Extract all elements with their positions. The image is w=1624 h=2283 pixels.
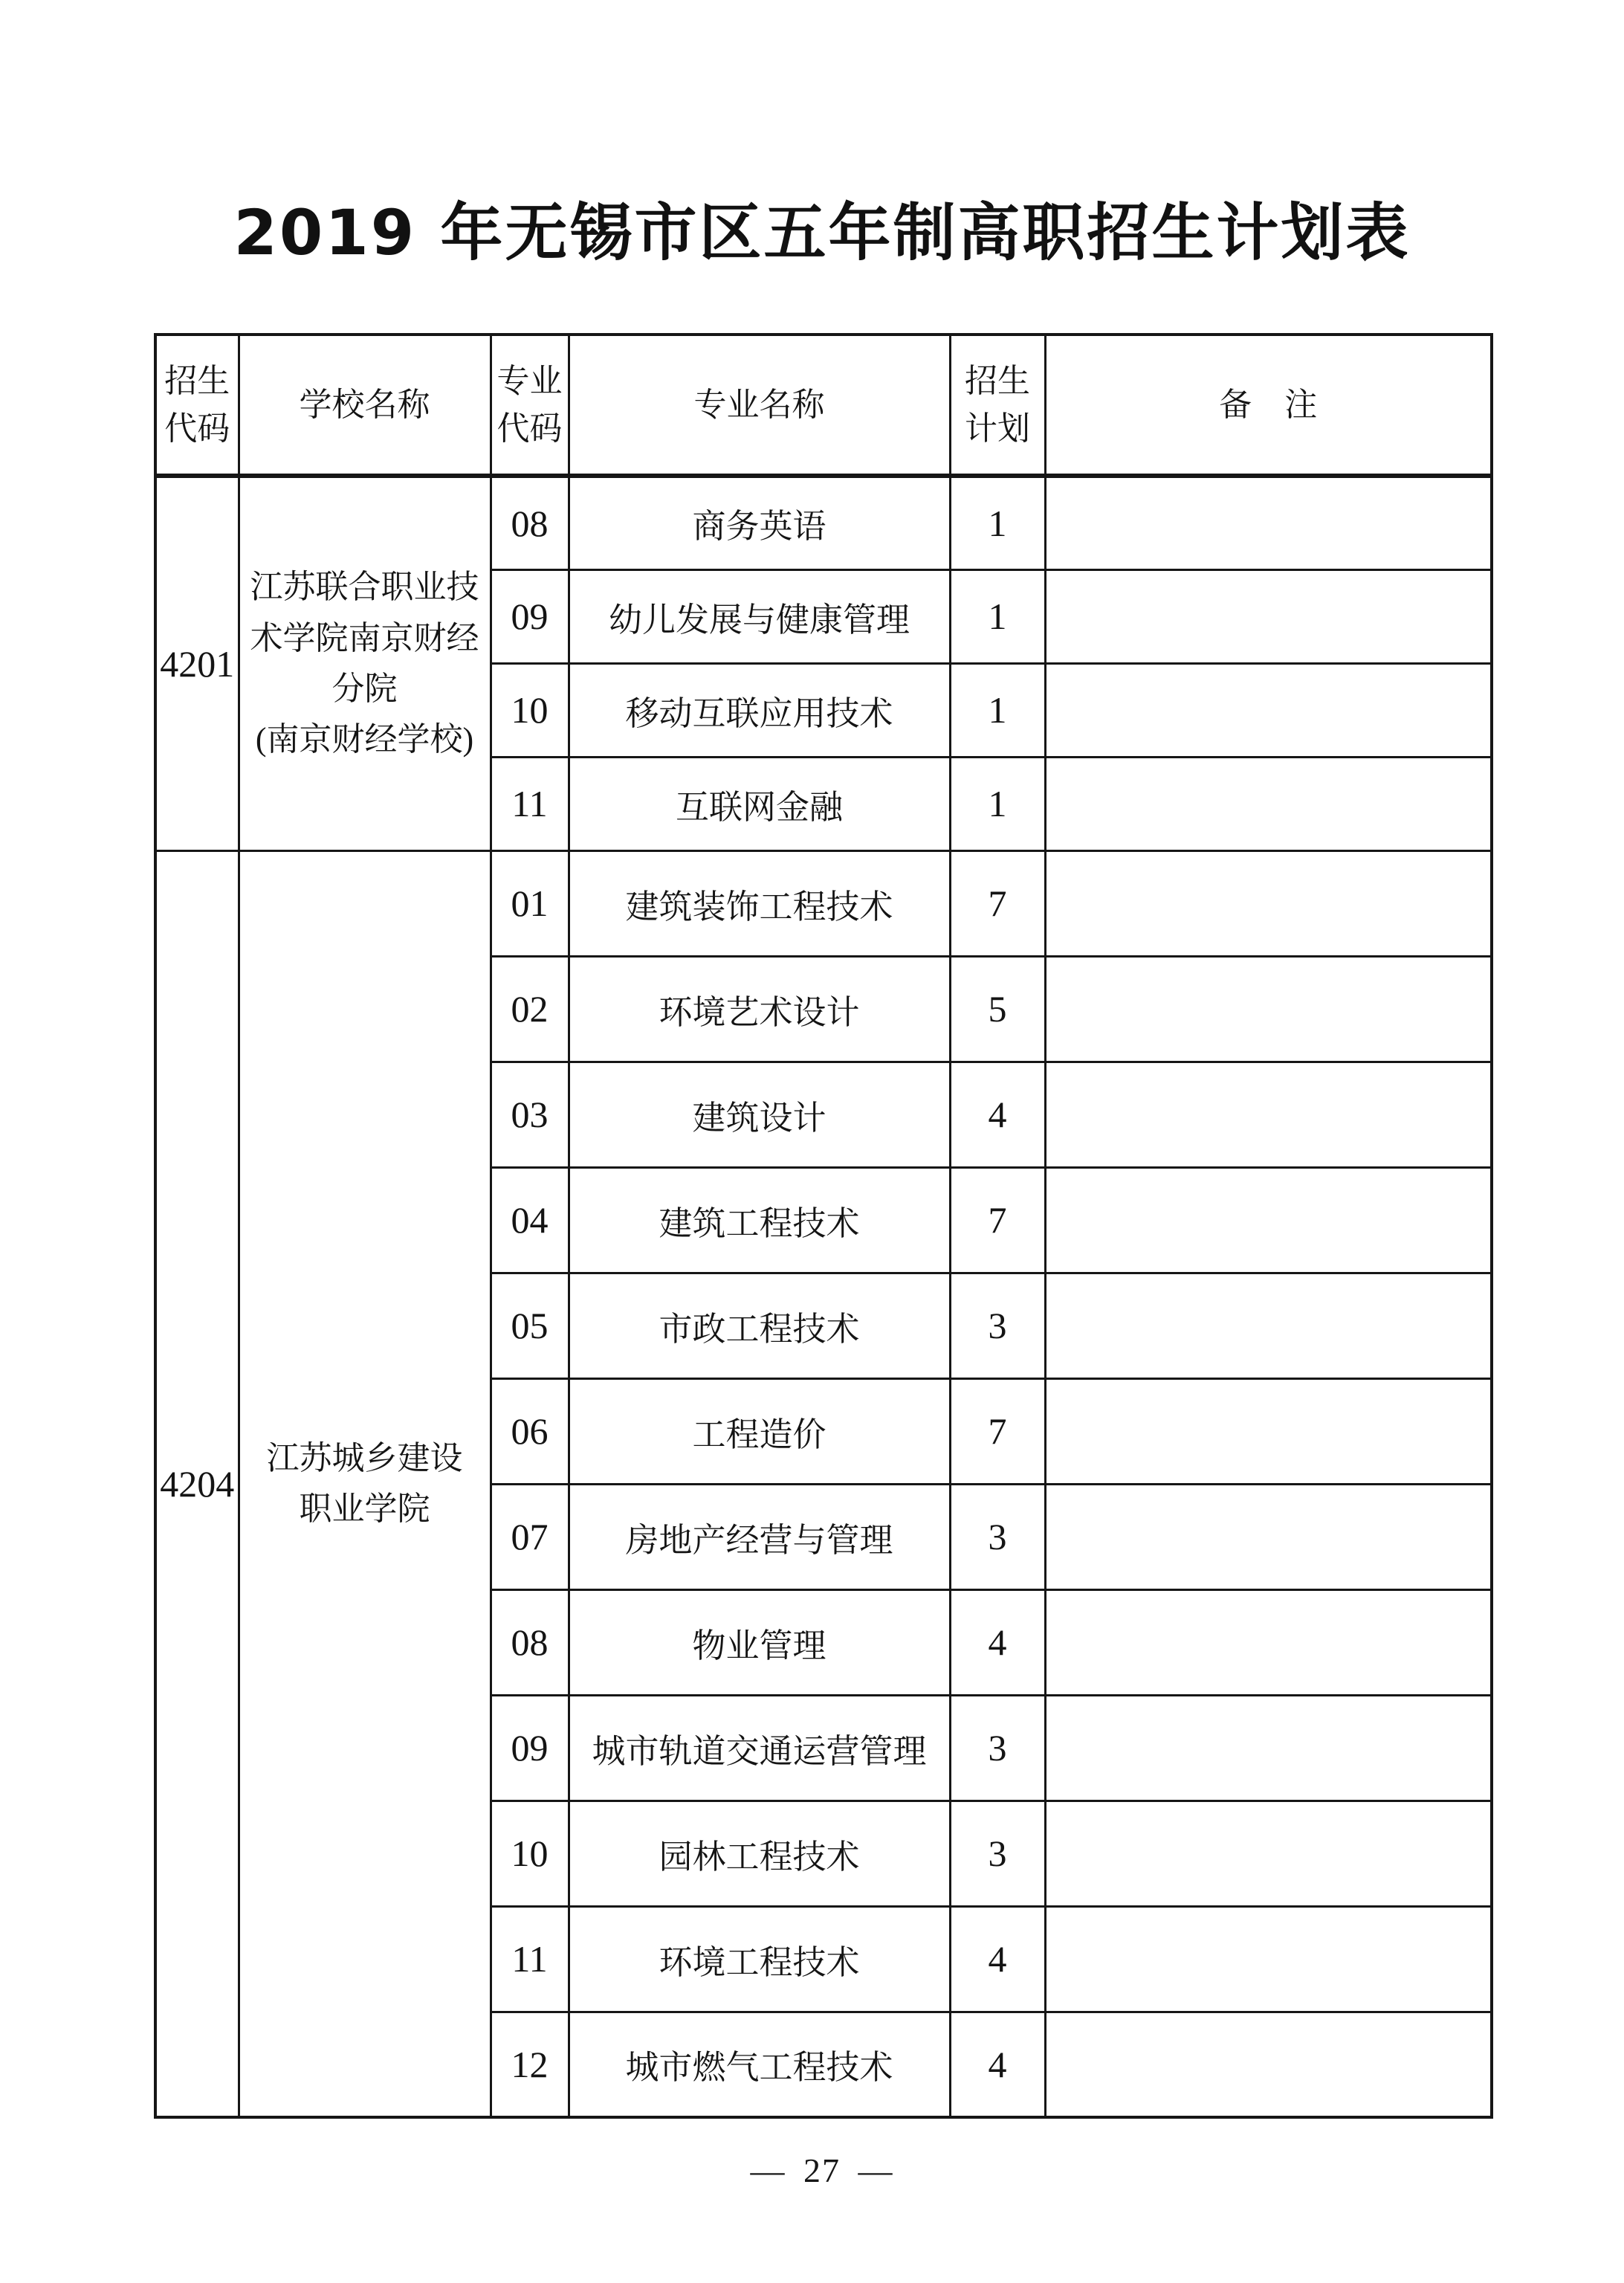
major-name-cell: 市政工程技术 — [569, 1273, 950, 1378]
remark-cell — [1045, 569, 1492, 663]
header-enroll-code: 招生 代码 — [155, 335, 239, 476]
remark-cell — [1045, 1273, 1492, 1378]
major-name-cell: 商务英语 — [569, 476, 950, 569]
enroll-plan-cell: 4 — [950, 1906, 1045, 2012]
enroll-code-cell: 4201 — [155, 476, 239, 850]
major-name-cell: 工程造价 — [569, 1378, 950, 1484]
major-code-cell: 03 — [491, 1062, 569, 1167]
enroll-plan-cell: 7 — [950, 1167, 1045, 1273]
header-remarks: 备 注 — [1045, 335, 1492, 476]
major-code-cell: 11 — [491, 1906, 569, 2012]
major-name-cell: 物业管理 — [569, 1589, 950, 1695]
enroll-plan-cell: 3 — [950, 1695, 1045, 1801]
major-name-cell: 建筑设计 — [569, 1062, 950, 1167]
enroll-plan-cell: 5 — [950, 956, 1045, 1062]
major-code-cell: 07 — [491, 1484, 569, 1589]
major-name-cell: 房地产经营与管理 — [569, 1484, 950, 1589]
header-school-name: 学校名称 — [239, 335, 491, 476]
major-name-cell: 建筑工程技术 — [569, 1167, 950, 1273]
major-name-cell: 互联网金融 — [569, 757, 950, 850]
remark-cell — [1045, 1589, 1492, 1695]
enroll-plan-cell: 1 — [950, 476, 1045, 569]
header-major-code: 专业 代码 — [491, 335, 569, 476]
enroll-plan-cell: 1 — [950, 569, 1045, 663]
major-code-cell: 09 — [491, 1695, 569, 1801]
major-code-cell: 01 — [491, 850, 569, 956]
major-name-cell: 环境艺术设计 — [569, 956, 950, 1062]
enroll-plan-cell: 1 — [950, 663, 1045, 757]
major-code-cell: 10 — [491, 1801, 569, 1906]
remark-cell — [1045, 1906, 1492, 2012]
major-code-cell: 09 — [491, 569, 569, 663]
header-enroll-plan: 招生 计划 — [950, 335, 1045, 476]
enroll-plan-cell: 4 — [950, 1589, 1045, 1695]
header-major-name: 专业名称 — [569, 335, 950, 476]
page-title: 2019 年无锡市区五年制高职招生计划表 — [154, 183, 1490, 273]
major-code-cell: 12 — [491, 2012, 569, 2117]
remark-cell — [1045, 1695, 1492, 1801]
enroll-plan-cell: 3 — [950, 1801, 1045, 1906]
table-row: 4204 江苏城乡建设 职业学院 01 建筑装饰工程技术 7 — [155, 850, 1492, 956]
major-name-cell: 幼儿发展与健康管理 — [569, 569, 950, 663]
enroll-plan-cell: 3 — [950, 1273, 1045, 1378]
enroll-plan-cell: 4 — [950, 1062, 1045, 1167]
enroll-plan-cell: 3 — [950, 1484, 1045, 1589]
major-name-cell: 移动互联应用技术 — [569, 663, 950, 757]
remark-cell — [1045, 2012, 1492, 2117]
enroll-plan-cell: 4 — [950, 2012, 1045, 2117]
remark-cell — [1045, 1378, 1492, 1484]
major-name-cell: 城市燃气工程技术 — [569, 2012, 950, 2117]
major-code-cell: 04 — [491, 1167, 569, 1273]
remark-cell — [1045, 1167, 1492, 1273]
school-name-cell: 江苏联合职业技 术学院南京财经 分院 (南京财经学校) — [239, 476, 491, 850]
major-name-cell: 建筑装饰工程技术 — [569, 850, 950, 956]
page-number: — 27 — — [154, 2151, 1490, 2190]
enroll-code-cell: 4204 — [155, 850, 239, 2117]
major-code-cell: 02 — [491, 956, 569, 1062]
major-code-cell: 06 — [491, 1378, 569, 1484]
remark-cell — [1045, 1484, 1492, 1589]
school-name-cell: 江苏城乡建设 职业学院 — [239, 850, 491, 2117]
remark-cell — [1045, 1062, 1492, 1167]
remark-cell — [1045, 956, 1492, 1062]
major-code-cell: 10 — [491, 663, 569, 757]
major-code-cell: 11 — [491, 757, 569, 850]
major-name-cell: 环境工程技术 — [569, 1906, 950, 2012]
table-row: 4201 江苏联合职业技 术学院南京财经 分院 (南京财经学校) 08 商务英语… — [155, 476, 1492, 569]
major-name-cell: 城市轨道交通运营管理 — [569, 1695, 950, 1801]
remark-cell — [1045, 757, 1492, 850]
major-name-cell: 园林工程技术 — [569, 1801, 950, 1906]
remark-cell — [1045, 1801, 1492, 1906]
remark-cell — [1045, 663, 1492, 757]
major-code-cell: 08 — [491, 476, 569, 569]
remark-cell — [1045, 476, 1492, 569]
header-row: 招生 代码 学校名称 专业 代码 专业名称 招生 计划 备 注 — [155, 335, 1492, 476]
enroll-plan-cell: 7 — [950, 850, 1045, 956]
enrollment-plan-table: 招生 代码 学校名称 专业 代码 专业名称 招生 计划 备 注 4201 江苏联… — [154, 333, 1493, 2119]
remark-cell — [1045, 850, 1492, 956]
enroll-plan-cell: 1 — [950, 757, 1045, 850]
enroll-plan-cell: 7 — [950, 1378, 1045, 1484]
major-code-cell: 08 — [491, 1589, 569, 1695]
major-code-cell: 05 — [491, 1273, 569, 1378]
